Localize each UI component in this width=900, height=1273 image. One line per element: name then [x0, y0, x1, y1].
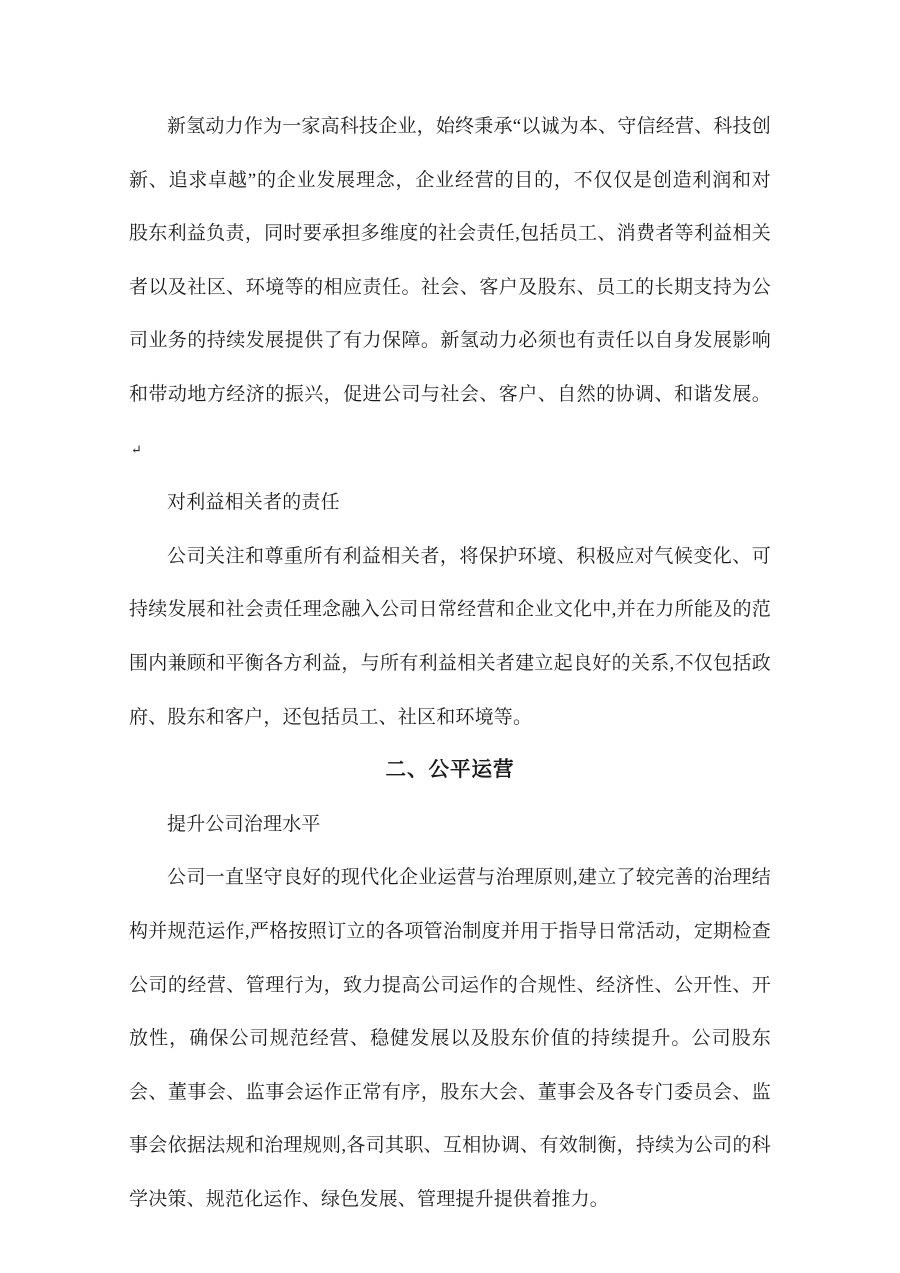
- body-paragraph-corporate-philosophy: 新氢动力作为一家高科技企业，始终秉承“以诚为本、守信经营、科技创新、追求卓越”的…: [129, 100, 771, 476]
- subheading-stakeholder-responsibility: 对利益相关者的责任: [129, 476, 771, 530]
- document-page: 新氢动力作为一家高科技企业，始终秉承“以诚为本、守信经营、科技创新、追求卓越”的…: [0, 0, 900, 1273]
- body-paragraph-governance: 公司一直坚守良好的现代化企业运营与治理原则,建立了较完善的治理结构并规范运作,严…: [129, 851, 771, 1226]
- body-paragraph-stakeholders: 公司关注和尊重所有利益相关者，将保护环境、积极应对气候变化、可持续发展和社会责任…: [129, 530, 771, 744]
- section-heading-fair-operation: 二、公平运营: [129, 744, 771, 798]
- subheading-corporate-governance: 提升公司治理水平: [129, 798, 771, 852]
- paragraph-return-mark-icon: ↵: [129, 442, 142, 457]
- paragraph-text: 新氢动力作为一家高科技企业，始终秉承“以诚为本、守信经营、科技创新、追求卓越”的…: [129, 116, 771, 405]
